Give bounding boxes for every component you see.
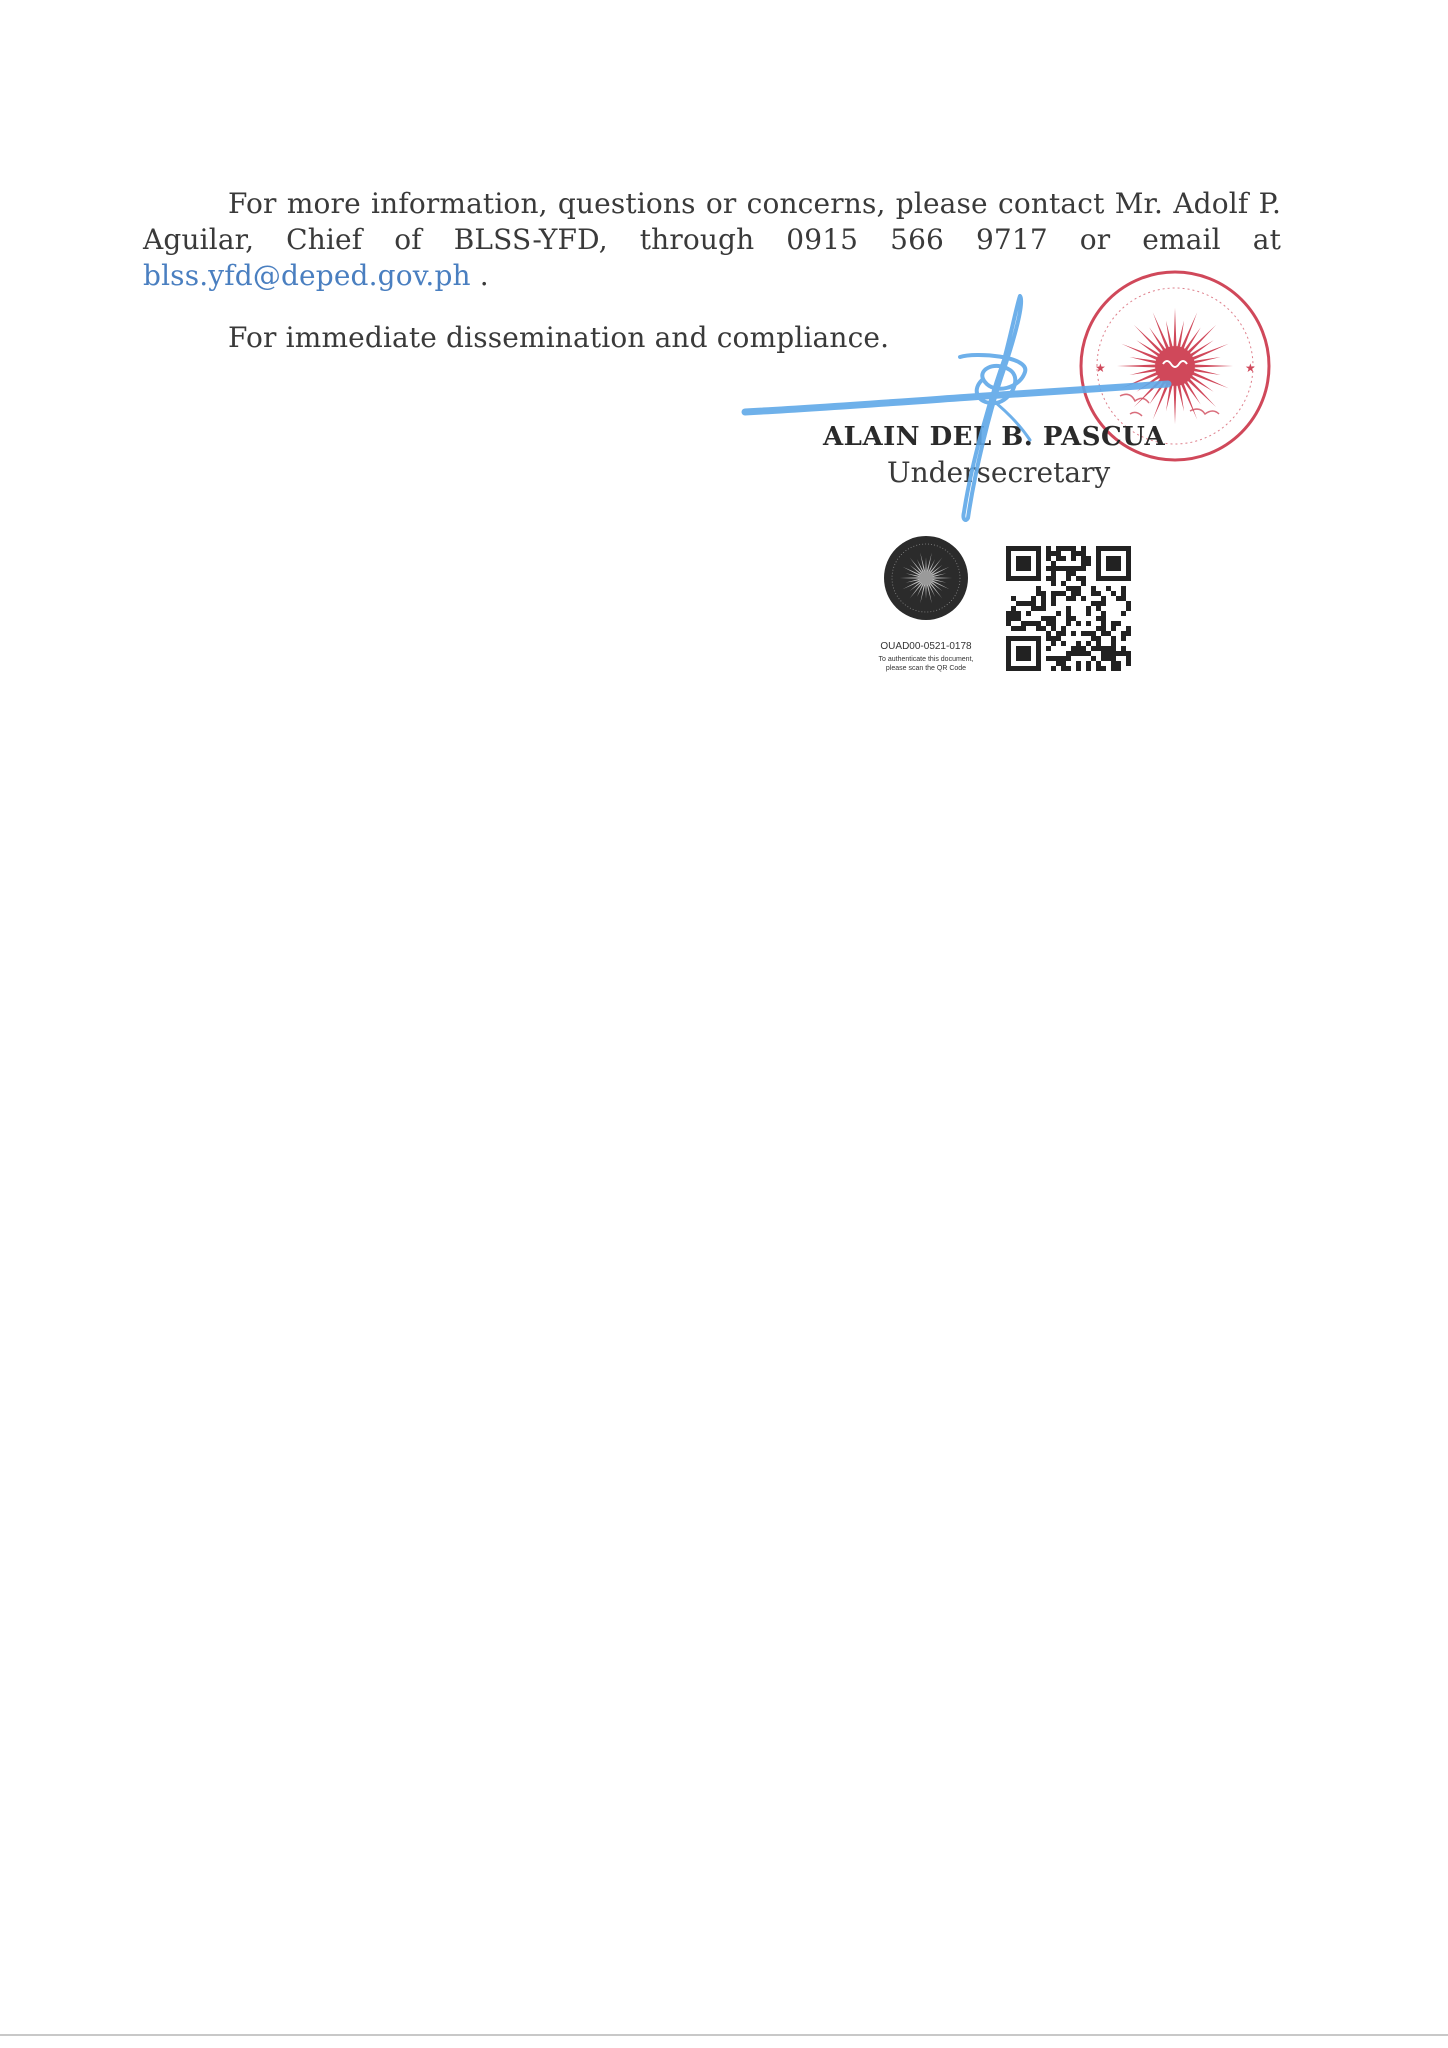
closing-paragraph: For immediate dissemination and complian… xyxy=(143,320,1281,356)
authentication-note: To authenticate this document, please sc… xyxy=(862,655,990,673)
contact-text-end: . xyxy=(471,259,489,292)
signatory-name: ALAIN DEL B. PASCUA xyxy=(823,422,1165,452)
contact-text: For more information, questions or conce… xyxy=(143,187,1281,256)
email-link[interactable]: blss.yfd@deped.gov.ph xyxy=(143,259,471,292)
authentication-note-line1: To authenticate this document, xyxy=(862,655,990,664)
document-code: OUAD00-0521-0178 xyxy=(870,641,982,652)
svg-text:★: ★ xyxy=(1095,361,1106,375)
qr-code-icon[interactable] xyxy=(0,0,1448,2048)
closing-text: For immediate dissemination and complian… xyxy=(228,321,889,354)
authentication-seal-icon: KAGAWARAN NG EDUKASYON xyxy=(0,0,1448,2048)
official-seal-icon: KAGAWARAN NG EDUKASYON ★ ★ xyxy=(0,0,1448,2048)
signatory-title: Undersecretary xyxy=(887,456,1110,489)
contact-paragraph: For more information, questions or conce… xyxy=(143,186,1281,294)
authentication-note-line2: please scan the QR Code xyxy=(862,664,990,673)
scan-edge-line xyxy=(0,2034,1448,2036)
handwritten-signature-icon xyxy=(0,0,1448,2048)
svg-text:★: ★ xyxy=(1245,361,1256,375)
